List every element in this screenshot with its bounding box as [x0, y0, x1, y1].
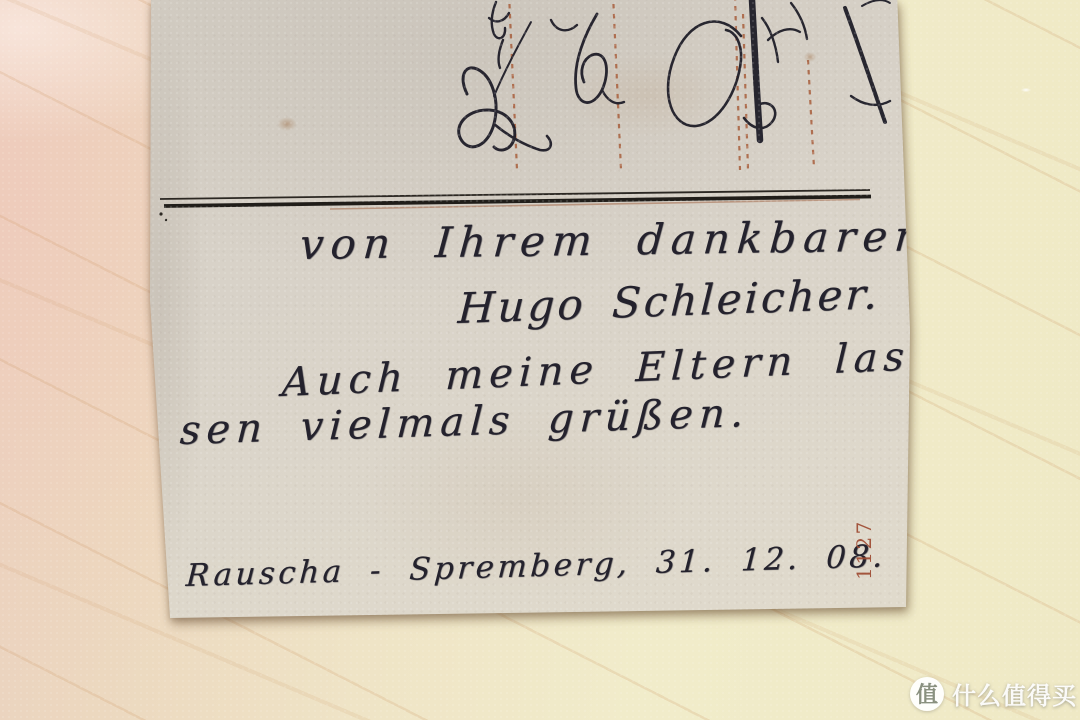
address-dotted-rules	[509, 0, 814, 170]
scribble-stroke	[494, 124, 551, 150]
scribble-stroke	[762, 18, 800, 62]
dotted-address-line	[509, 0, 517, 170]
smzdm-logo-char: 值	[916, 678, 938, 709]
handwritten-message-line-4: sen vielmals grüßen.	[179, 390, 751, 454]
ink-speck	[165, 219, 167, 221]
scribble-stroke	[851, 96, 890, 105]
divider-sepia-fringe	[330, 200, 860, 210]
postcard-photo: von Ihrem dankbaren Hugo Schleicher. Auc…	[0, 0, 1080, 720]
handwritten-dateline: Rauscha - Spremberg, 31. 12. 08.	[185, 538, 887, 594]
scribble-stroke	[551, 20, 577, 30]
postcard-shadow: von Ihrem dankbaren Hugo Schleicher. Auc…	[0, 0, 1080, 720]
scribble-heavy-stroke	[752, 0, 760, 140]
scribble-stroke	[668, 22, 741, 127]
scribble-stroke	[744, 103, 775, 128]
watermark-site-name: 什么值得买	[952, 676, 1077, 711]
divider-thin-line	[160, 190, 870, 199]
divider-thick-line	[164, 197, 871, 207]
scribble-stroke	[862, 0, 890, 6]
address-handwriting-scribbles	[459, 0, 890, 150]
scribble-stroke	[576, 14, 607, 103]
serial-number: 1127	[852, 520, 874, 580]
smzdm-watermark: 值 什么值得买	[910, 676, 1077, 711]
scribble-stroke	[459, 68, 515, 150]
postcard: von Ihrem dankbaren Hugo Schleicher. Auc…	[0, 0, 1080, 720]
scribble-stroke	[489, 2, 509, 68]
dotted-address-line	[808, 60, 814, 168]
handwritten-signature-line: Hugo Schleicher.	[457, 269, 882, 333]
scribble-stroke	[602, 90, 624, 103]
scribble-stroke	[791, 3, 807, 39]
handwritten-message-line-1: von Ihrem dankbaren	[298, 211, 930, 269]
ink-speck	[159, 212, 162, 215]
scribble-stroke	[845, 8, 885, 122]
dotted-address-line	[735, 0, 740, 170]
dotted-address-line	[613, 0, 621, 170]
smzdm-logo-icon: 值	[910, 677, 944, 711]
dotted-address-line	[743, 14, 748, 170]
scribble-stroke	[494, 22, 531, 96]
